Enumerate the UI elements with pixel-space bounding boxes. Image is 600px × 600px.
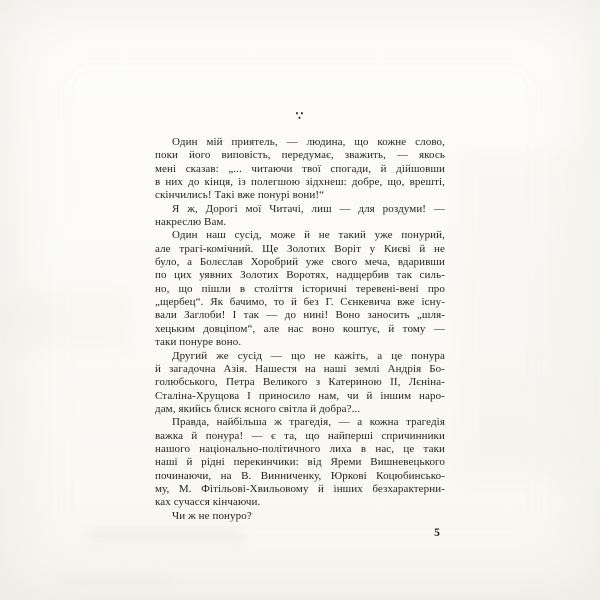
text-line: було, а Болєслав Хоробрий уже свого меча… bbox=[155, 256, 445, 269]
text-line: хецьким довціпом“, але нас воно коштує, … bbox=[155, 323, 445, 336]
text-line: Один мій приятель, — людина, що кожне сл… bbox=[155, 136, 445, 149]
text-line: вали Заглоби! І так — до нині! Воно зано… bbox=[155, 309, 445, 322]
text-line: нашого національно-політичного лиха в на… bbox=[155, 443, 445, 456]
paragraph: Правда, найбільша ж трагедія, — а кожна … bbox=[155, 416, 445, 509]
scan-smudge bbox=[455, 150, 585, 480]
text-line: дам, якийсь блиск ясного світла й добра?… bbox=[155, 403, 445, 416]
text-line: но, що пішли в століття історичні тереве… bbox=[155, 283, 445, 296]
text-line: по цих уявних Золотих Воротях, надщербив… bbox=[155, 269, 445, 282]
text-line: Правда, найбільша ж трагедія, — а кожна … bbox=[155, 416, 445, 429]
paragraph: Чи ж не понуро? bbox=[155, 510, 445, 523]
scan-smudge bbox=[60, 576, 170, 584]
text-line: скінчились! Такі вже понурі вони!“ bbox=[155, 189, 445, 202]
text-line: голюбського, Петра Великого з Катериною … bbox=[155, 376, 445, 389]
text-line: Другий же сусід — що не кажіть, а це пон… bbox=[155, 350, 445, 363]
text-line: ках сучасся кінчаючи. bbox=[155, 496, 445, 509]
text-line: Я ж, Дорогі мої Читачі, лиш — для роздум… bbox=[155, 203, 445, 216]
paragraph: Я ж, Дорогі мої Читачі, лиш — для роздум… bbox=[155, 203, 445, 230]
text-line: Чи ж не понуро? bbox=[155, 510, 445, 523]
book-page: ∵ Один мій приятель, — людина, що кожне … bbox=[0, 0, 600, 600]
text-line: Один наш сусід, може й не такий уже пону… bbox=[155, 229, 445, 242]
paragraph: Другий же сусід — що не кажіть, а це пон… bbox=[155, 350, 445, 417]
body-text: Один мій приятель, — людина, що кожне сл… bbox=[155, 136, 445, 523]
scan-smudge bbox=[85, 530, 245, 542]
paragraph: Один мій приятель, — людина, що кожне сл… bbox=[155, 136, 445, 203]
text-line: му, М. Фітільові-Хвильовому й інших безх… bbox=[155, 483, 445, 496]
scan-smudge bbox=[0, 290, 130, 350]
text-line: Сталіна-Хрущова І приносило нам, чи й ін… bbox=[155, 390, 445, 403]
asterism-ornament-icon: ∵ bbox=[155, 109, 445, 124]
text-line: важка й понура! — є та, що найперші спри… bbox=[155, 430, 445, 443]
text-line: в них до кінця, із полегшою зідхнеш: доб… bbox=[155, 176, 445, 189]
text-line: таки понуре воно. bbox=[155, 336, 445, 349]
text-line: накреслю Вам. bbox=[155, 216, 445, 229]
text-line: але трагі-комічний. Ще Золотих Воріт у К… bbox=[155, 243, 445, 256]
page-number: 5 bbox=[430, 527, 444, 539]
text-line: починаючи, на В. Винниченку, Юркові Коцю… bbox=[155, 470, 445, 483]
paragraph: Один наш сусід, може й не такий уже пону… bbox=[155, 229, 445, 349]
text-line: поки його виповість, передумає, зважить,… bbox=[155, 149, 445, 162]
text-line: мені сказав: „... читаючи твої спогади, … bbox=[155, 163, 445, 176]
text-line: наші й рідні перекинчики: від Яреми Вишн… bbox=[155, 456, 445, 469]
text-line: й загадочна Азія. Нашестя на наші землі … bbox=[155, 363, 445, 376]
text-line: „щербец“. Як бачимо, то й без Г. Сєнкеви… bbox=[155, 296, 445, 309]
